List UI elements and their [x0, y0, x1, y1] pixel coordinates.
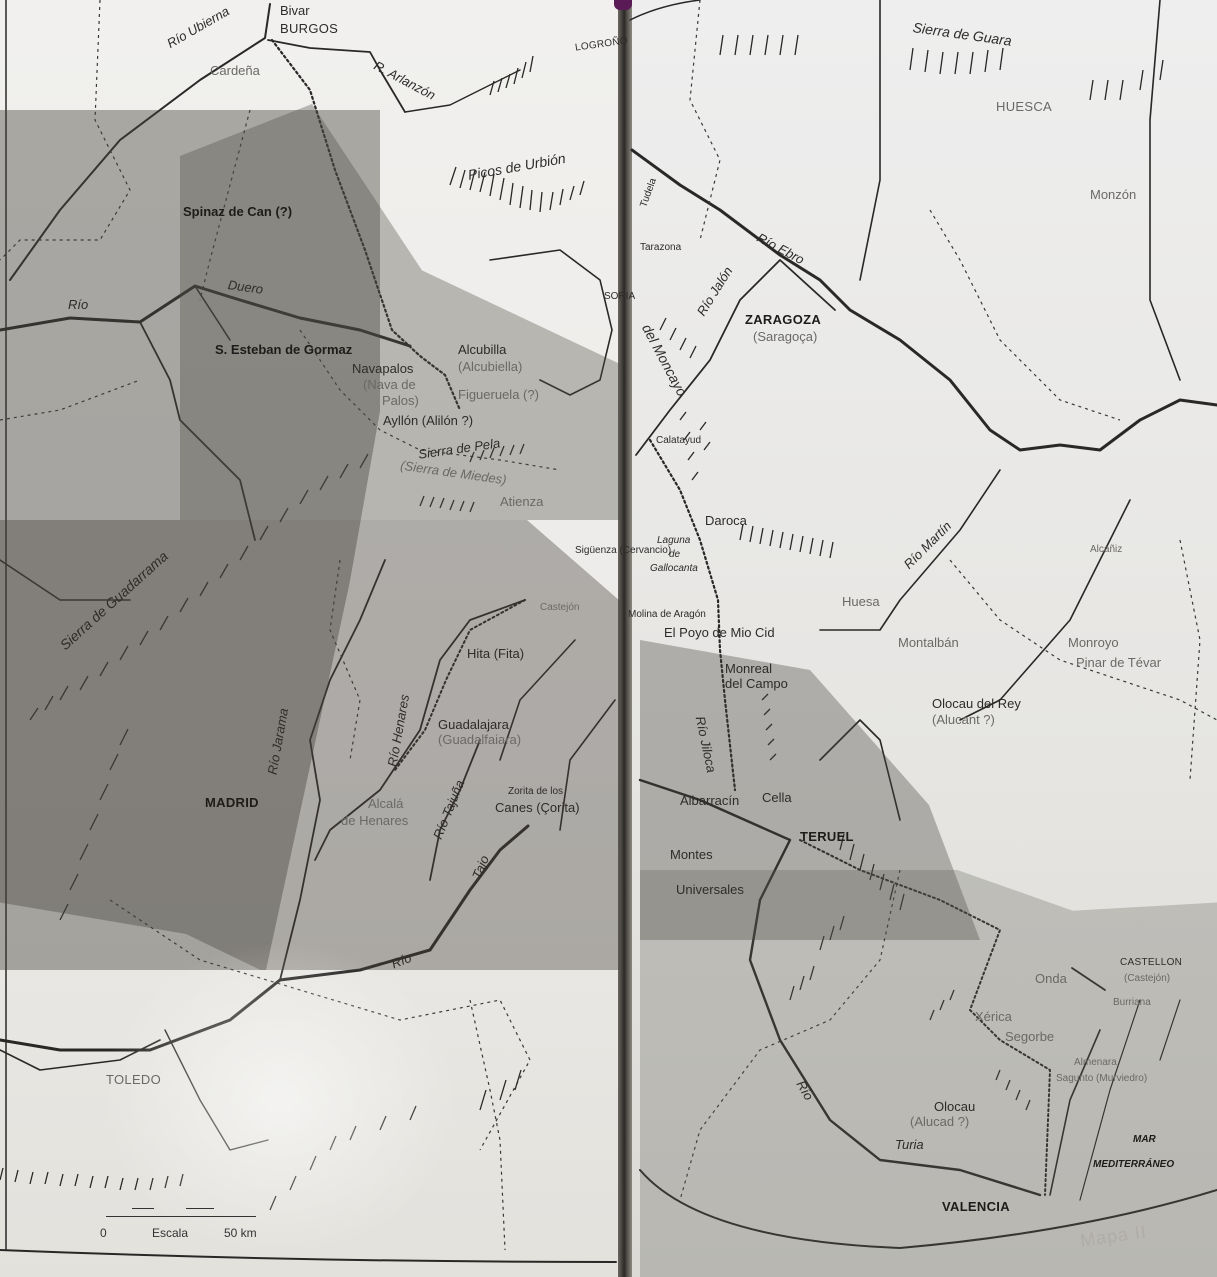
- river-duero: [0, 286, 410, 346]
- place-label-zaragoza: ZARAGOZA: [745, 313, 821, 326]
- place-label-navapalos: Navapalos: [352, 362, 413, 375]
- hatch-miedes: [420, 496, 474, 512]
- onda-castellon-road: [1072, 968, 1105, 990]
- place-label-alcubiella: (Alcubiella): [458, 360, 522, 373]
- place-label-saragoca: (Saragoça): [753, 330, 817, 343]
- map-frame-left: [0, 1250, 616, 1262]
- place-label-s-esteban: S. Esteban de Gormaz: [215, 343, 352, 356]
- place-label-siguenza: Sigüenza (Cervancio): [575, 546, 671, 556]
- place-label-olocau-rey: Olocau del Rey: [932, 697, 1021, 710]
- hatch-burgos: [490, 56, 533, 95]
- place-label-albarracin: Albarracín: [680, 794, 739, 807]
- place-label-zorita2: Canes (Çorita): [495, 801, 580, 814]
- place-label-mar: MAR: [1133, 1135, 1156, 1145]
- place-label-cella: Cella: [762, 791, 792, 804]
- map-frame-top-right: [630, 0, 700, 20]
- place-label-castejon: Castejón: [540, 603, 579, 613]
- place-label-ayllon: Ayllón (Alilón ?): [383, 414, 473, 427]
- place-label-burgos: BURGOS: [280, 22, 338, 35]
- place-label-alcubilla: Alcubilla: [458, 343, 506, 356]
- place-label-alcala1: Alcalá: [368, 797, 403, 810]
- river-label-rio-duero-rio: Río: [68, 298, 88, 311]
- place-label-el-poyo: El Poyo de Mio Cid: [664, 626, 775, 639]
- place-label-onda: Onda: [1035, 972, 1067, 985]
- place-label-alucant: (Alucant ?): [932, 713, 995, 726]
- place-label-laguna2: de: [669, 550, 680, 560]
- place-label-monroyo: Monroyo: [1068, 636, 1119, 649]
- place-label-monzon: Monzón: [1090, 188, 1136, 201]
- place-label-montes1: Montes: [670, 848, 713, 861]
- teruel-loop: [820, 720, 900, 820]
- hatch-guadarrama-s: [60, 729, 128, 920]
- river-ubierna: [10, 4, 270, 280]
- place-label-alcala2: de Henares: [341, 814, 408, 827]
- hatch-daroca: [740, 524, 833, 558]
- place-label-soria: SORIA: [604, 292, 635, 302]
- place-label-almenara: Almenara: [1074, 1058, 1117, 1068]
- border-6: [110, 900, 530, 1150]
- coast-2: [1080, 1000, 1140, 1200]
- place-label-castejon-r: (Castejón): [1124, 974, 1170, 984]
- place-label-xerica: Xérica: [975, 1010, 1012, 1023]
- hatch-olocau: [996, 1070, 1030, 1110]
- scale-segment: [132, 1208, 154, 1213]
- border-1: [0, 0, 130, 260]
- place-label-montalban: Montalbán: [898, 636, 959, 649]
- place-label-bivar: Bivar: [280, 4, 310, 17]
- place-label-valencia: VALENCIA: [942, 1200, 1010, 1213]
- hatch-xerica: [930, 990, 954, 1020]
- place-label-guadalajara: Guadalajara: [438, 718, 509, 731]
- place-label-tarazona: Tarazona: [640, 243, 681, 253]
- scale-segment: [186, 1208, 214, 1213]
- place-label-olocau: Olocau: [934, 1100, 975, 1113]
- border-5: [330, 560, 360, 760]
- place-label-montes2: Universales: [676, 883, 744, 896]
- place-label-alucad: (Alucad ?): [910, 1115, 969, 1128]
- place-label-atienza: Atienza: [500, 495, 543, 508]
- map-scale-bar: 0 Escala 50 km: [100, 1208, 270, 1242]
- hatch-calatayud: [680, 412, 710, 480]
- place-label-zorita1: Zorita de los: [508, 787, 563, 797]
- river-south: [165, 1030, 268, 1150]
- place-label-monreal2: del Campo: [725, 677, 788, 690]
- place-label-cardena: Cardeña: [210, 64, 260, 77]
- river-guadalope: [960, 500, 1130, 720]
- hatch-guara: [720, 35, 1163, 100]
- scale-end: 50 km: [224, 1226, 257, 1240]
- coast-1: [1050, 1030, 1100, 1195]
- place-label-monreal1: Monreal: [725, 662, 772, 675]
- place-label-calatayud: Calatayud: [656, 436, 701, 446]
- place-label-figueruela: Figueruela (?): [458, 388, 539, 401]
- place-label-spinaz: Spinaz de Can (?): [183, 205, 292, 218]
- place-label-laguna1: Laguna: [657, 536, 690, 546]
- river-huerva: [860, 0, 880, 280]
- river-cinca: [1150, 0, 1180, 380]
- place-label-huesa: Huesa: [842, 595, 880, 608]
- place-label-guadalfaiara: (Guadalfaiara): [438, 733, 521, 746]
- place-label-huesca: HUESCA: [996, 100, 1052, 113]
- place-label-sagunto: Sagunto (Murviedro): [1056, 1074, 1147, 1084]
- place-label-laguna3: Gallocanta: [650, 564, 698, 574]
- place-label-daroca: Daroca: [705, 514, 747, 527]
- hatch-toledo: [0, 1168, 183, 1190]
- map-linework: [0, 0, 1217, 1277]
- place-label-nava-de: (Nava de: [363, 378, 416, 391]
- place-label-alcaniz: Alcañiz: [1090, 545, 1122, 555]
- river-tajo: [0, 826, 528, 1050]
- hatch-teruel: [790, 834, 904, 1000]
- hatch-south: [270, 1070, 521, 1210]
- scale-label: Escala: [152, 1226, 188, 1240]
- place-label-palos: Palos): [382, 394, 419, 407]
- place-label-hita: Hita (Fita): [467, 647, 524, 660]
- border-4: [0, 380, 140, 420]
- cid-route-valencia: [800, 840, 1050, 1195]
- scale-start: 0: [100, 1226, 107, 1240]
- hatch-guadarrama: [30, 454, 368, 720]
- place-label-teruel: TERUEL: [800, 830, 854, 843]
- place-label-segorbe: Segorbe: [1005, 1030, 1054, 1043]
- place-label-castellon: CASTELLON: [1120, 958, 1182, 968]
- border-8: [690, 0, 720, 240]
- hatch-monreal: [762, 694, 776, 760]
- place-label-toledo: TOLEDO: [106, 1073, 161, 1086]
- place-label-burriana: Burriana: [1113, 998, 1151, 1008]
- border-7: [470, 1000, 505, 1250]
- coast-3: [1160, 1000, 1180, 1060]
- place-label-madrid: MADRID: [205, 796, 259, 809]
- place-label-molina: Molina de Aragón: [628, 610, 706, 620]
- river-label-rio-turia: Turia: [895, 1138, 924, 1151]
- place-label-mediterraneo: MEDITERRÁNEO: [1093, 1160, 1174, 1170]
- place-label-pinar-tevar: Pinar de Tévar: [1076, 656, 1161, 669]
- river-jarama: [280, 560, 385, 980]
- scale-line: [106, 1212, 256, 1217]
- border-11: [1180, 540, 1200, 780]
